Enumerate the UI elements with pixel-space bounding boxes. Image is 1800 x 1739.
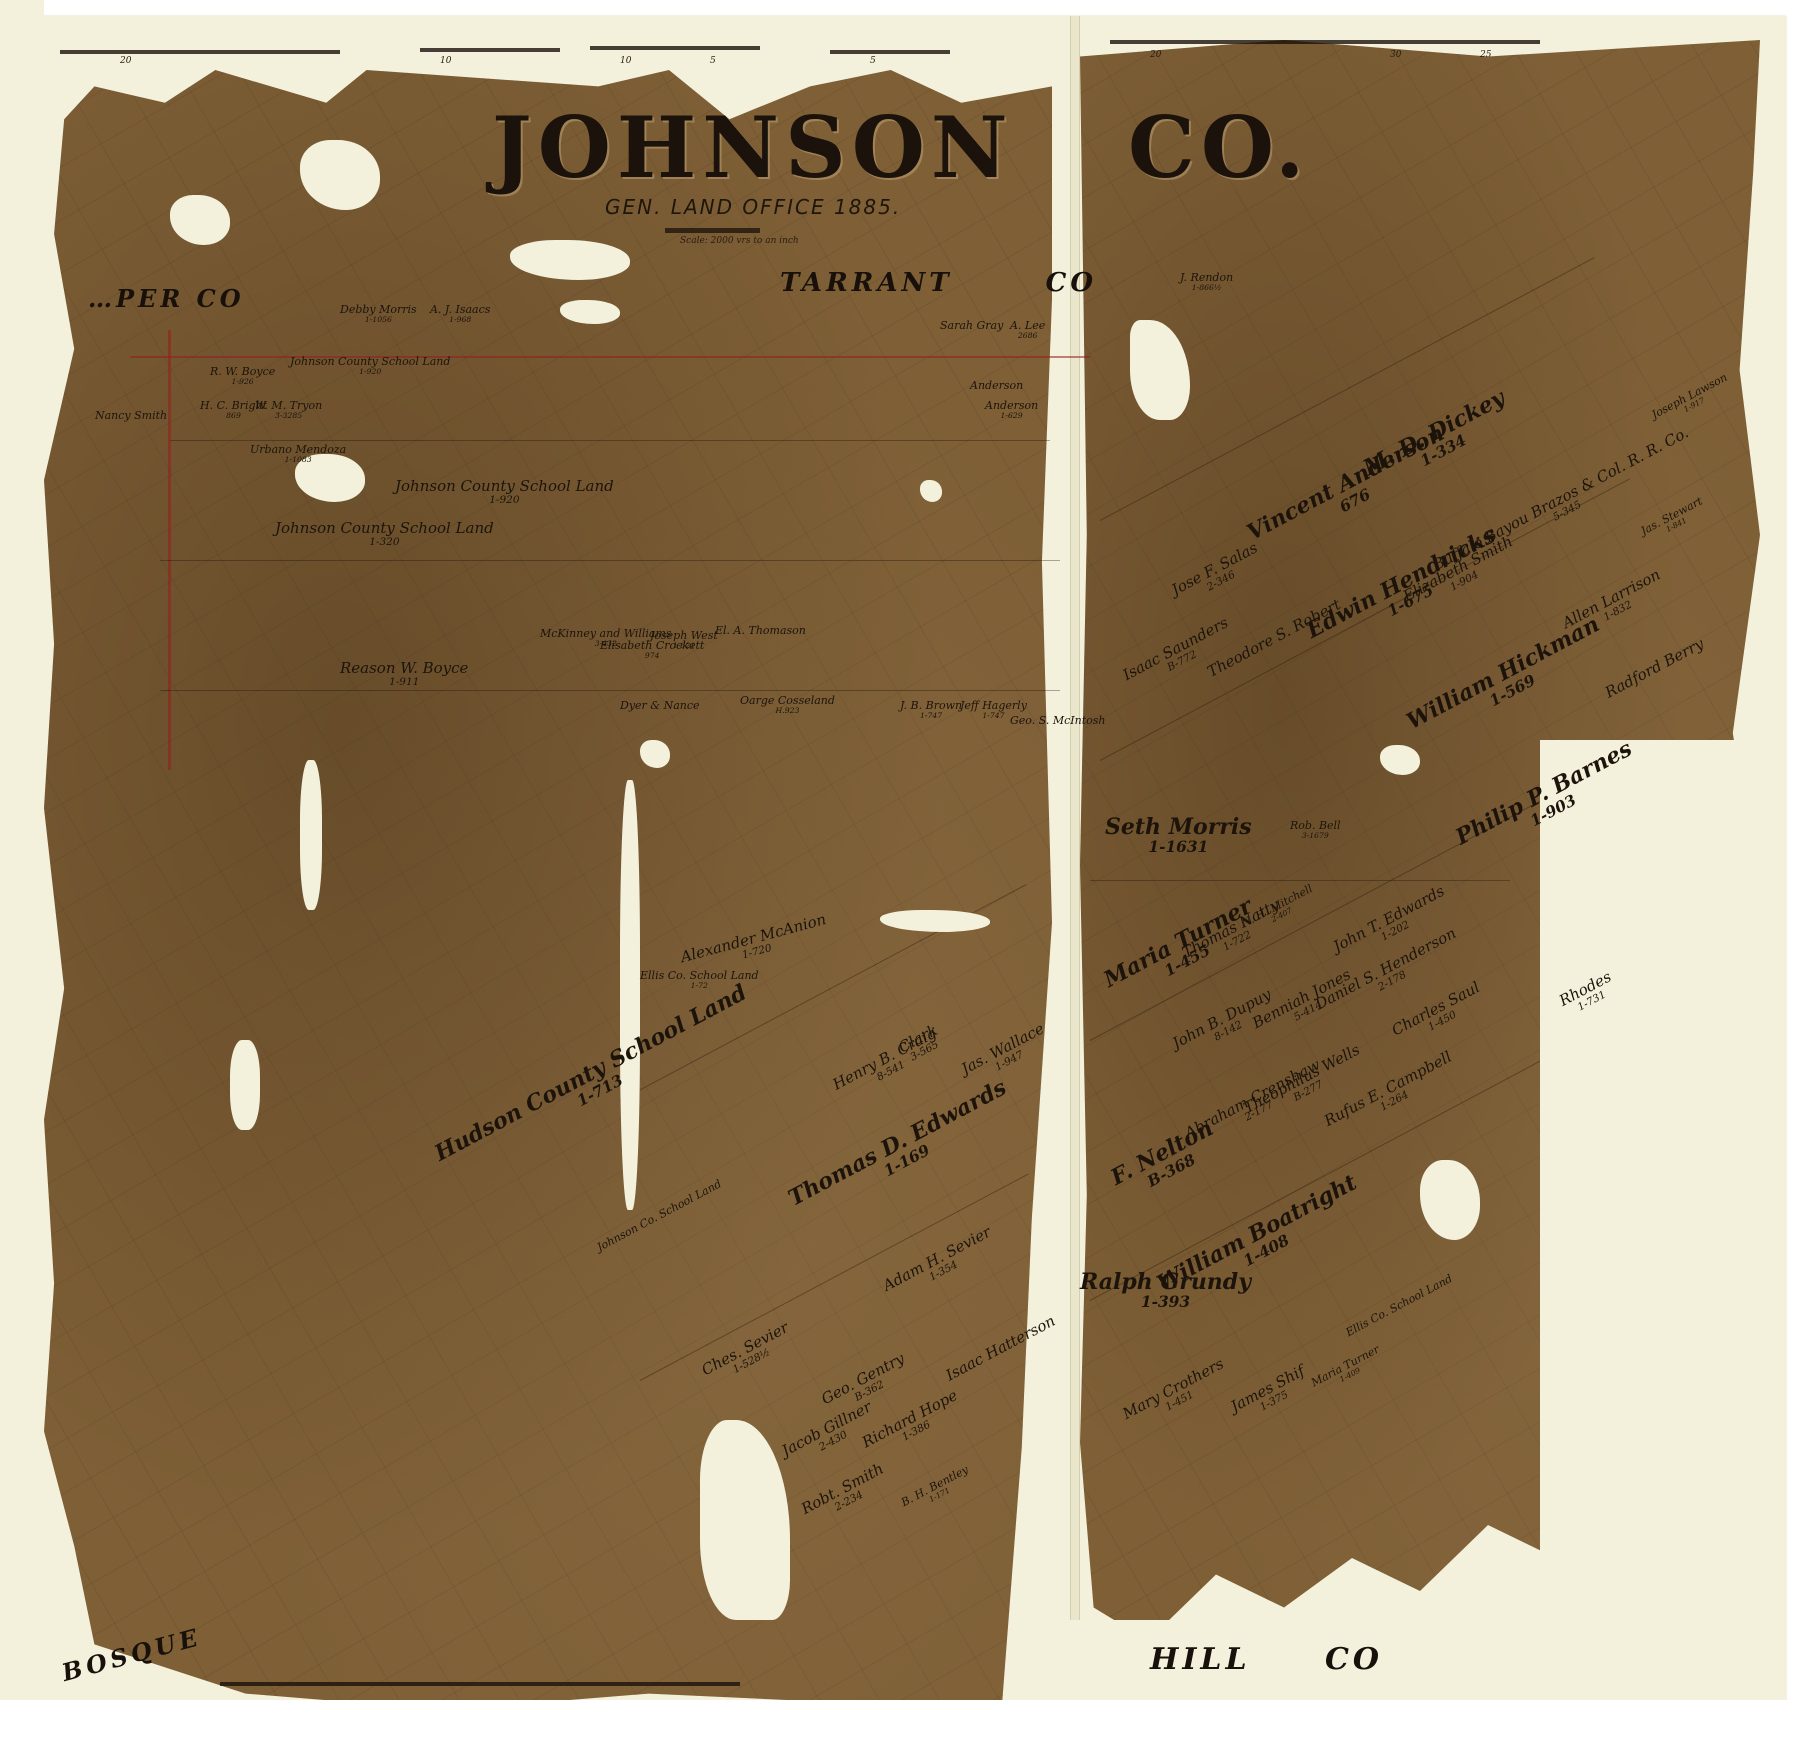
- border-tick-label: 20: [1150, 50, 1161, 60]
- survey-label: Nancy Smith: [95, 410, 167, 422]
- scale-bar: [665, 228, 760, 233]
- top-border-band: [60, 50, 340, 54]
- survey-label: Oarge CosselandH.923: [740, 695, 835, 716]
- paper-tear: [300, 760, 322, 910]
- border-tick-label: 5: [710, 56, 716, 66]
- border-tick-label: 5: [870, 56, 876, 66]
- backing-margin: [1540, 740, 1780, 1640]
- survey-label: Johnson County School Land1-320: [275, 520, 494, 548]
- survey-label: Johnson County School Land1-920: [395, 478, 614, 506]
- top-border-band: [590, 46, 760, 50]
- survey-label: Reason W. Boyce1-911: [340, 660, 468, 688]
- survey-line-red: [168, 330, 171, 770]
- survey-label: A. Lee2686: [1010, 320, 1045, 341]
- survey-label: Anderson: [970, 380, 1023, 392]
- survey-label: Urbano Mendoza1-1083: [250, 444, 346, 465]
- survey-label: Dyer & Nance: [620, 700, 700, 712]
- survey-grid-line: [160, 690, 1060, 691]
- map-title-suffix: CO.: [1128, 98, 1310, 197]
- survey-label: El. A. Thomason: [715, 625, 806, 637]
- survey-label: Ralph Grundy1-393: [1080, 1270, 1251, 1311]
- border-tick-label: 25: [1480, 50, 1491, 60]
- county-label-hill: HILL CO: [1150, 1642, 1383, 1677]
- map-title: JOHNSON: [492, 98, 1014, 197]
- county-label-northwest: …PER CO: [88, 284, 245, 313]
- survey-line-red: [130, 356, 1090, 358]
- page-bottom-margin: [0, 1700, 1800, 1739]
- survey-label: Anderson1-629: [985, 400, 1038, 421]
- survey-grid-line: [160, 560, 1060, 561]
- survey-label: W. M. Tryon3-3285: [255, 400, 322, 421]
- survey-label: Johnson County School Land1-920: [290, 356, 450, 377]
- survey-label: Sarah Gray: [940, 320, 1003, 332]
- paper-tear: [620, 780, 640, 1210]
- border-tick-label: 20: [120, 56, 131, 66]
- backing-margin: [0, 0, 44, 1739]
- county-label-tarrant: TARRANT CO: [780, 268, 1097, 298]
- border-tick-label: 10: [620, 56, 631, 66]
- survey-label: J. Rendon1-866½: [1180, 272, 1233, 293]
- top-border-band: [830, 50, 950, 54]
- border-tick-label: 30: [1390, 50, 1401, 60]
- survey-label: Rob. Bell3-1679: [1290, 820, 1341, 841]
- survey-label: Geo. S. McIntosh: [1010, 715, 1105, 727]
- top-border-band: [1110, 40, 1540, 44]
- survey-label: Joseph West1-621: [650, 630, 718, 651]
- border-tick-label: 10: [440, 56, 451, 66]
- bottom-border-band: [220, 1682, 740, 1686]
- map-sheet-left: [44, 70, 1052, 1710]
- paper-tear: [920, 480, 942, 502]
- paper-tear: [230, 1040, 260, 1130]
- scale-note: Scale: 2000 vrs to an inch: [680, 236, 799, 246]
- survey-label: J. B. Brown1-747: [900, 700, 962, 721]
- survey-label: R. W. Boyce1-926: [210, 366, 275, 387]
- top-border-band: [420, 48, 560, 52]
- map-subtitle: GEN. LAND OFFICE 1885.: [605, 195, 901, 219]
- survey-label: A. J. Isaacs1-968: [430, 304, 490, 325]
- survey-label: Debby Morris1-1056: [340, 304, 417, 325]
- survey-label: Seth Morris1-1631: [1105, 815, 1252, 856]
- survey-grid-line: [170, 440, 1050, 441]
- survey-grid-line: [1090, 880, 1510, 881]
